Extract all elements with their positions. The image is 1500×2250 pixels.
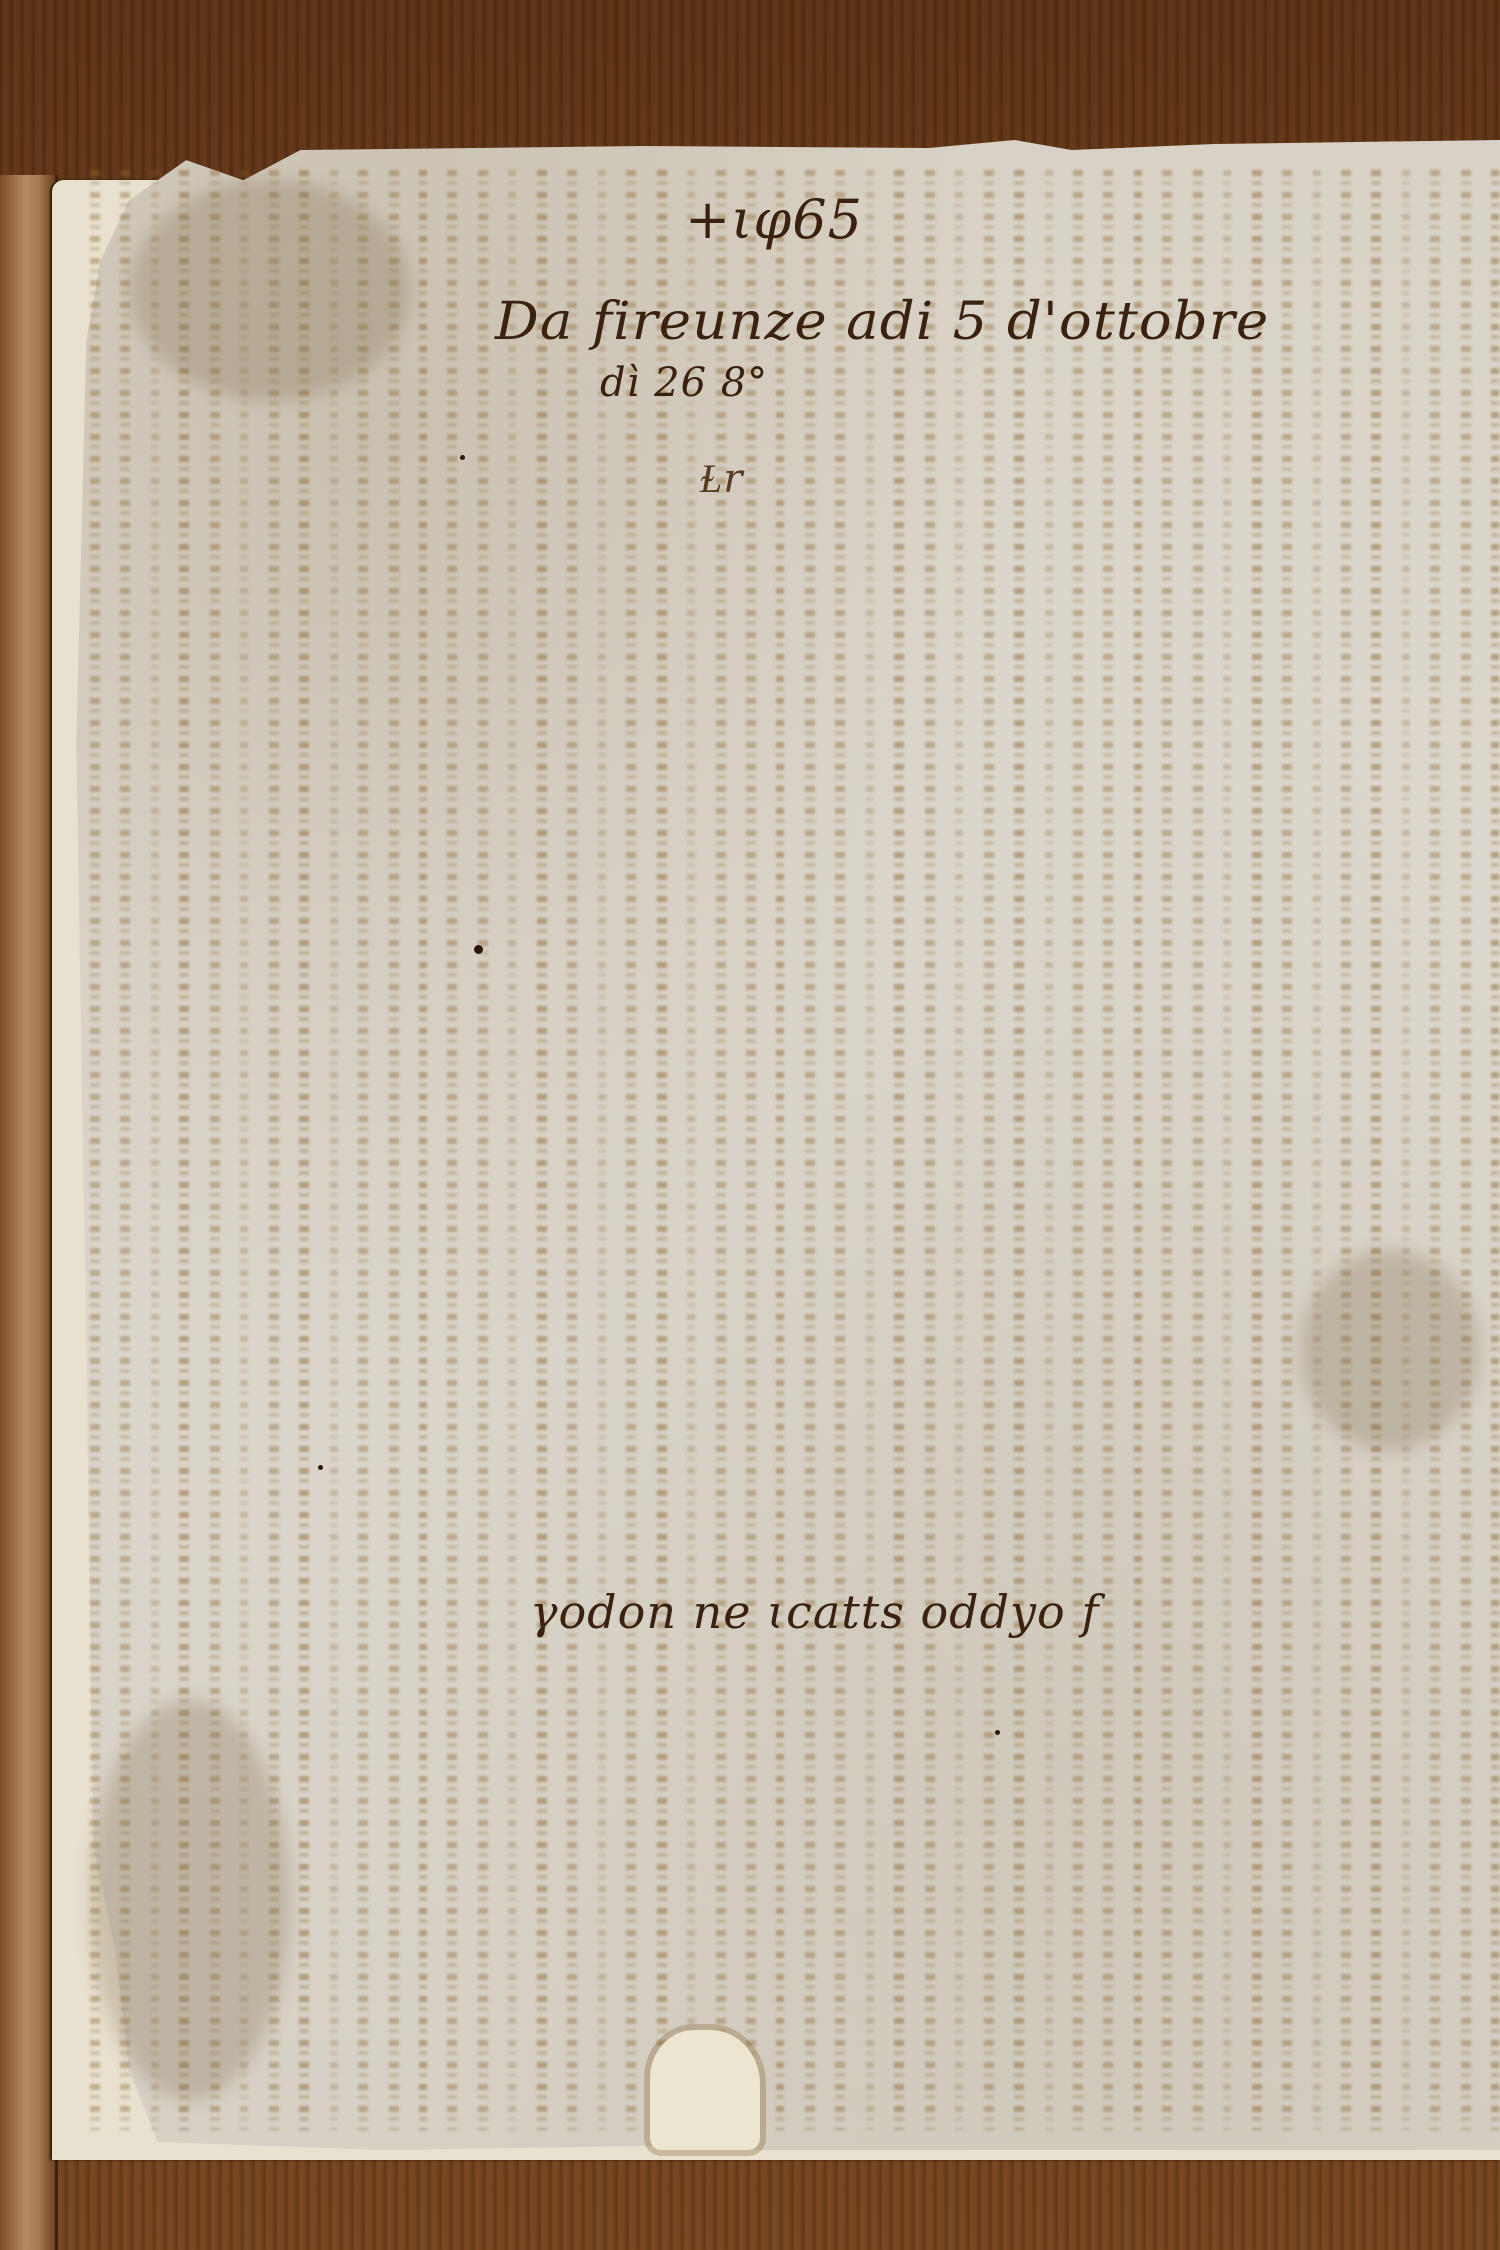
- heading-annotation: Da fireunze adi 5 d'ottobre: [495, 292, 1269, 352]
- ink-dot: [460, 455, 465, 460]
- ink-dot: [474, 945, 483, 954]
- sigil-mark: Ɫr: [700, 455, 743, 502]
- ink-dot: [318, 1465, 323, 1470]
- stain: [1300, 1250, 1480, 1450]
- stain: [130, 180, 410, 400]
- bottom-annotation: γodon ne ɩcatts oddyo f: [530, 1585, 1099, 1639]
- repair-patch: [650, 2030, 760, 2150]
- date-annotation: dì 26 8°: [600, 360, 768, 406]
- ink-dot: [995, 1730, 1000, 1735]
- stain: [90, 1700, 290, 2100]
- folio-number: +ιφ65: [685, 188, 863, 251]
- mount-edge: [0, 175, 58, 2250]
